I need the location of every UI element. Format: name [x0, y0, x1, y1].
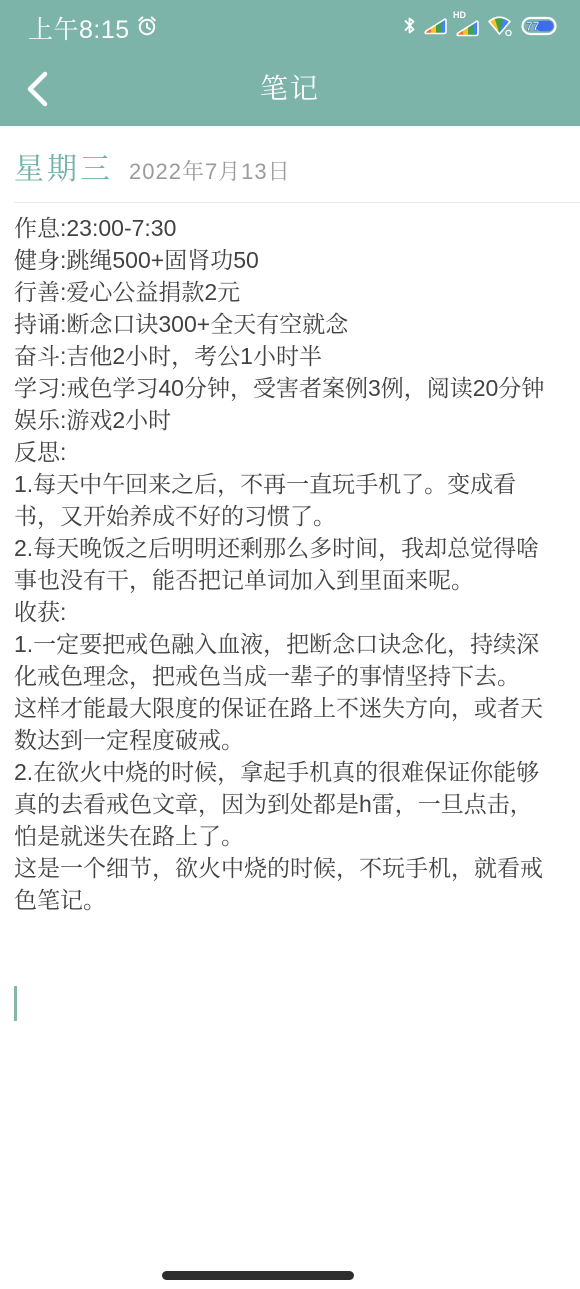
wifi-icon [487, 15, 514, 42]
alarm-clock-icon [136, 14, 158, 43]
cell-signal-icon [423, 16, 448, 41]
note-content: 星期三 2022年7月13日 作息:23:00-7:30 健身:跳绳500+固肾… [0, 126, 580, 1289]
back-button[interactable] [14, 68, 60, 114]
note-body-text[interactable]: 作息:23:00-7:30 健身:跳绳500+固肾功50 行善:爱心公益捐款2元… [0, 203, 580, 916]
date-label: 2022年7月13日 [129, 155, 291, 186]
phone-screen: 上午8:15 [0, 0, 580, 1289]
date-row: 星期三 2022年7月13日 [0, 126, 580, 202]
nav-bar: 笔记 [0, 56, 580, 126]
battery-percent-text: 77 [526, 19, 540, 33]
status-bar-right: HD [403, 0, 558, 56]
home-gesture-bar[interactable] [162, 1271, 354, 1280]
clock-time: 上午8:15 [28, 10, 130, 46]
weekday-label: 星期三 [14, 144, 113, 188]
status-bar-left: 上午8:15 [28, 0, 158, 56]
page-title: 笔记 [0, 56, 580, 118]
status-bar: 上午8:15 [0, 0, 580, 56]
chevron-left-icon [24, 69, 50, 114]
text-cursor [14, 986, 17, 1021]
bluetooth-icon [403, 16, 416, 40]
app-bar: 上午8:15 [0, 0, 580, 126]
battery-icon: 77 [521, 16, 558, 41]
hd-label: HD [453, 10, 466, 20]
cell-signal-hd-icon: HD [455, 18, 480, 38]
